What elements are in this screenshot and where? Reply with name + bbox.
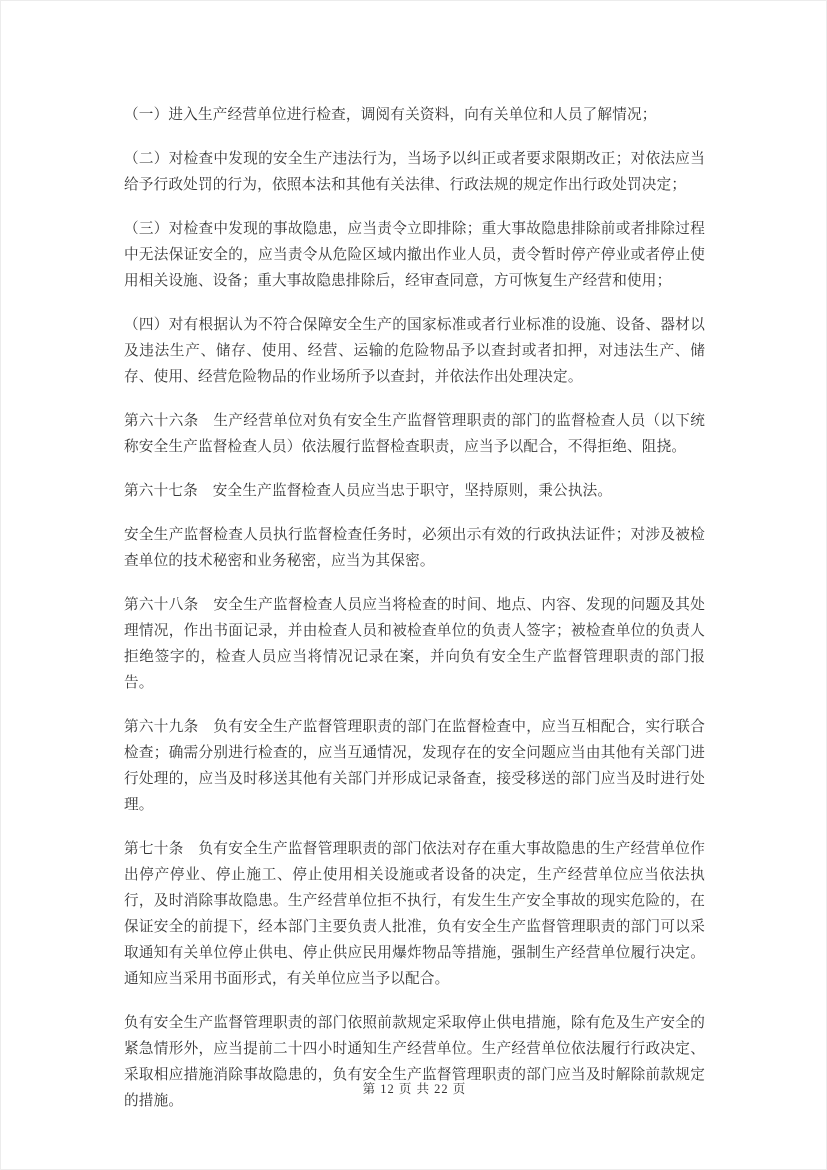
paragraph-article-66: 第六十六条 生产经营单位对负有安全生产监督管理职责的部门的监督检查人员（以下统称… [124,408,705,460]
paragraph-article-67-cont: 安全生产监督检查人员执行监督检查任务时，必须出示有效的行政执法证件；对涉及被检查… [124,522,705,574]
paragraph-item-4: （四）对有根据认为不符合保障安全生产的国家标准或者行业标准的设施、设备、器材以及… [124,312,705,390]
paragraph-item-2: （二）对检查中发现的安全生产违法行为，当场予以纠正或者要求限期改正；对依法应当给… [124,146,705,198]
page-number-footer: 第 12 页 共 22 页 [1,1081,827,1097]
paragraph-article-68: 第六十八条 安全生产监督检查人员应当将检查的时间、地点、内容、发现的问题及其处理… [124,592,705,696]
paragraph-article-69: 第六十九条 负有安全生产监督管理职责的部门在监督检查中，应当互相配合，实行联合检… [124,714,705,818]
paragraph-item-1: （一）进入生产经营单位进行检查，调阅有关资料，向有关单位和人员了解情况； [124,102,705,128]
paragraph-item-3: （三）对检查中发现的事故隐患，应当责令立即排除；重大事故隐患排除前或者排除过程中… [124,216,705,294]
document-page: （一）进入生产经营单位进行检查，调阅有关资料，向有关单位和人员了解情况； （二）… [0,0,827,1170]
paragraph-article-70: 第七十条 负有安全生产监督管理职责的部门依法对存在重大事故隐患的生产经营单位作出… [124,836,705,992]
paragraph-article-70-cont: 负有安全生产监督管理职责的部门依照前款规定采取停止供电措施，除有危及生产安全的紧… [124,1010,705,1114]
paragraph-article-67: 第六十七条 安全生产监督检查人员应当忠于职守，坚持原则，秉公执法。 [124,478,705,504]
